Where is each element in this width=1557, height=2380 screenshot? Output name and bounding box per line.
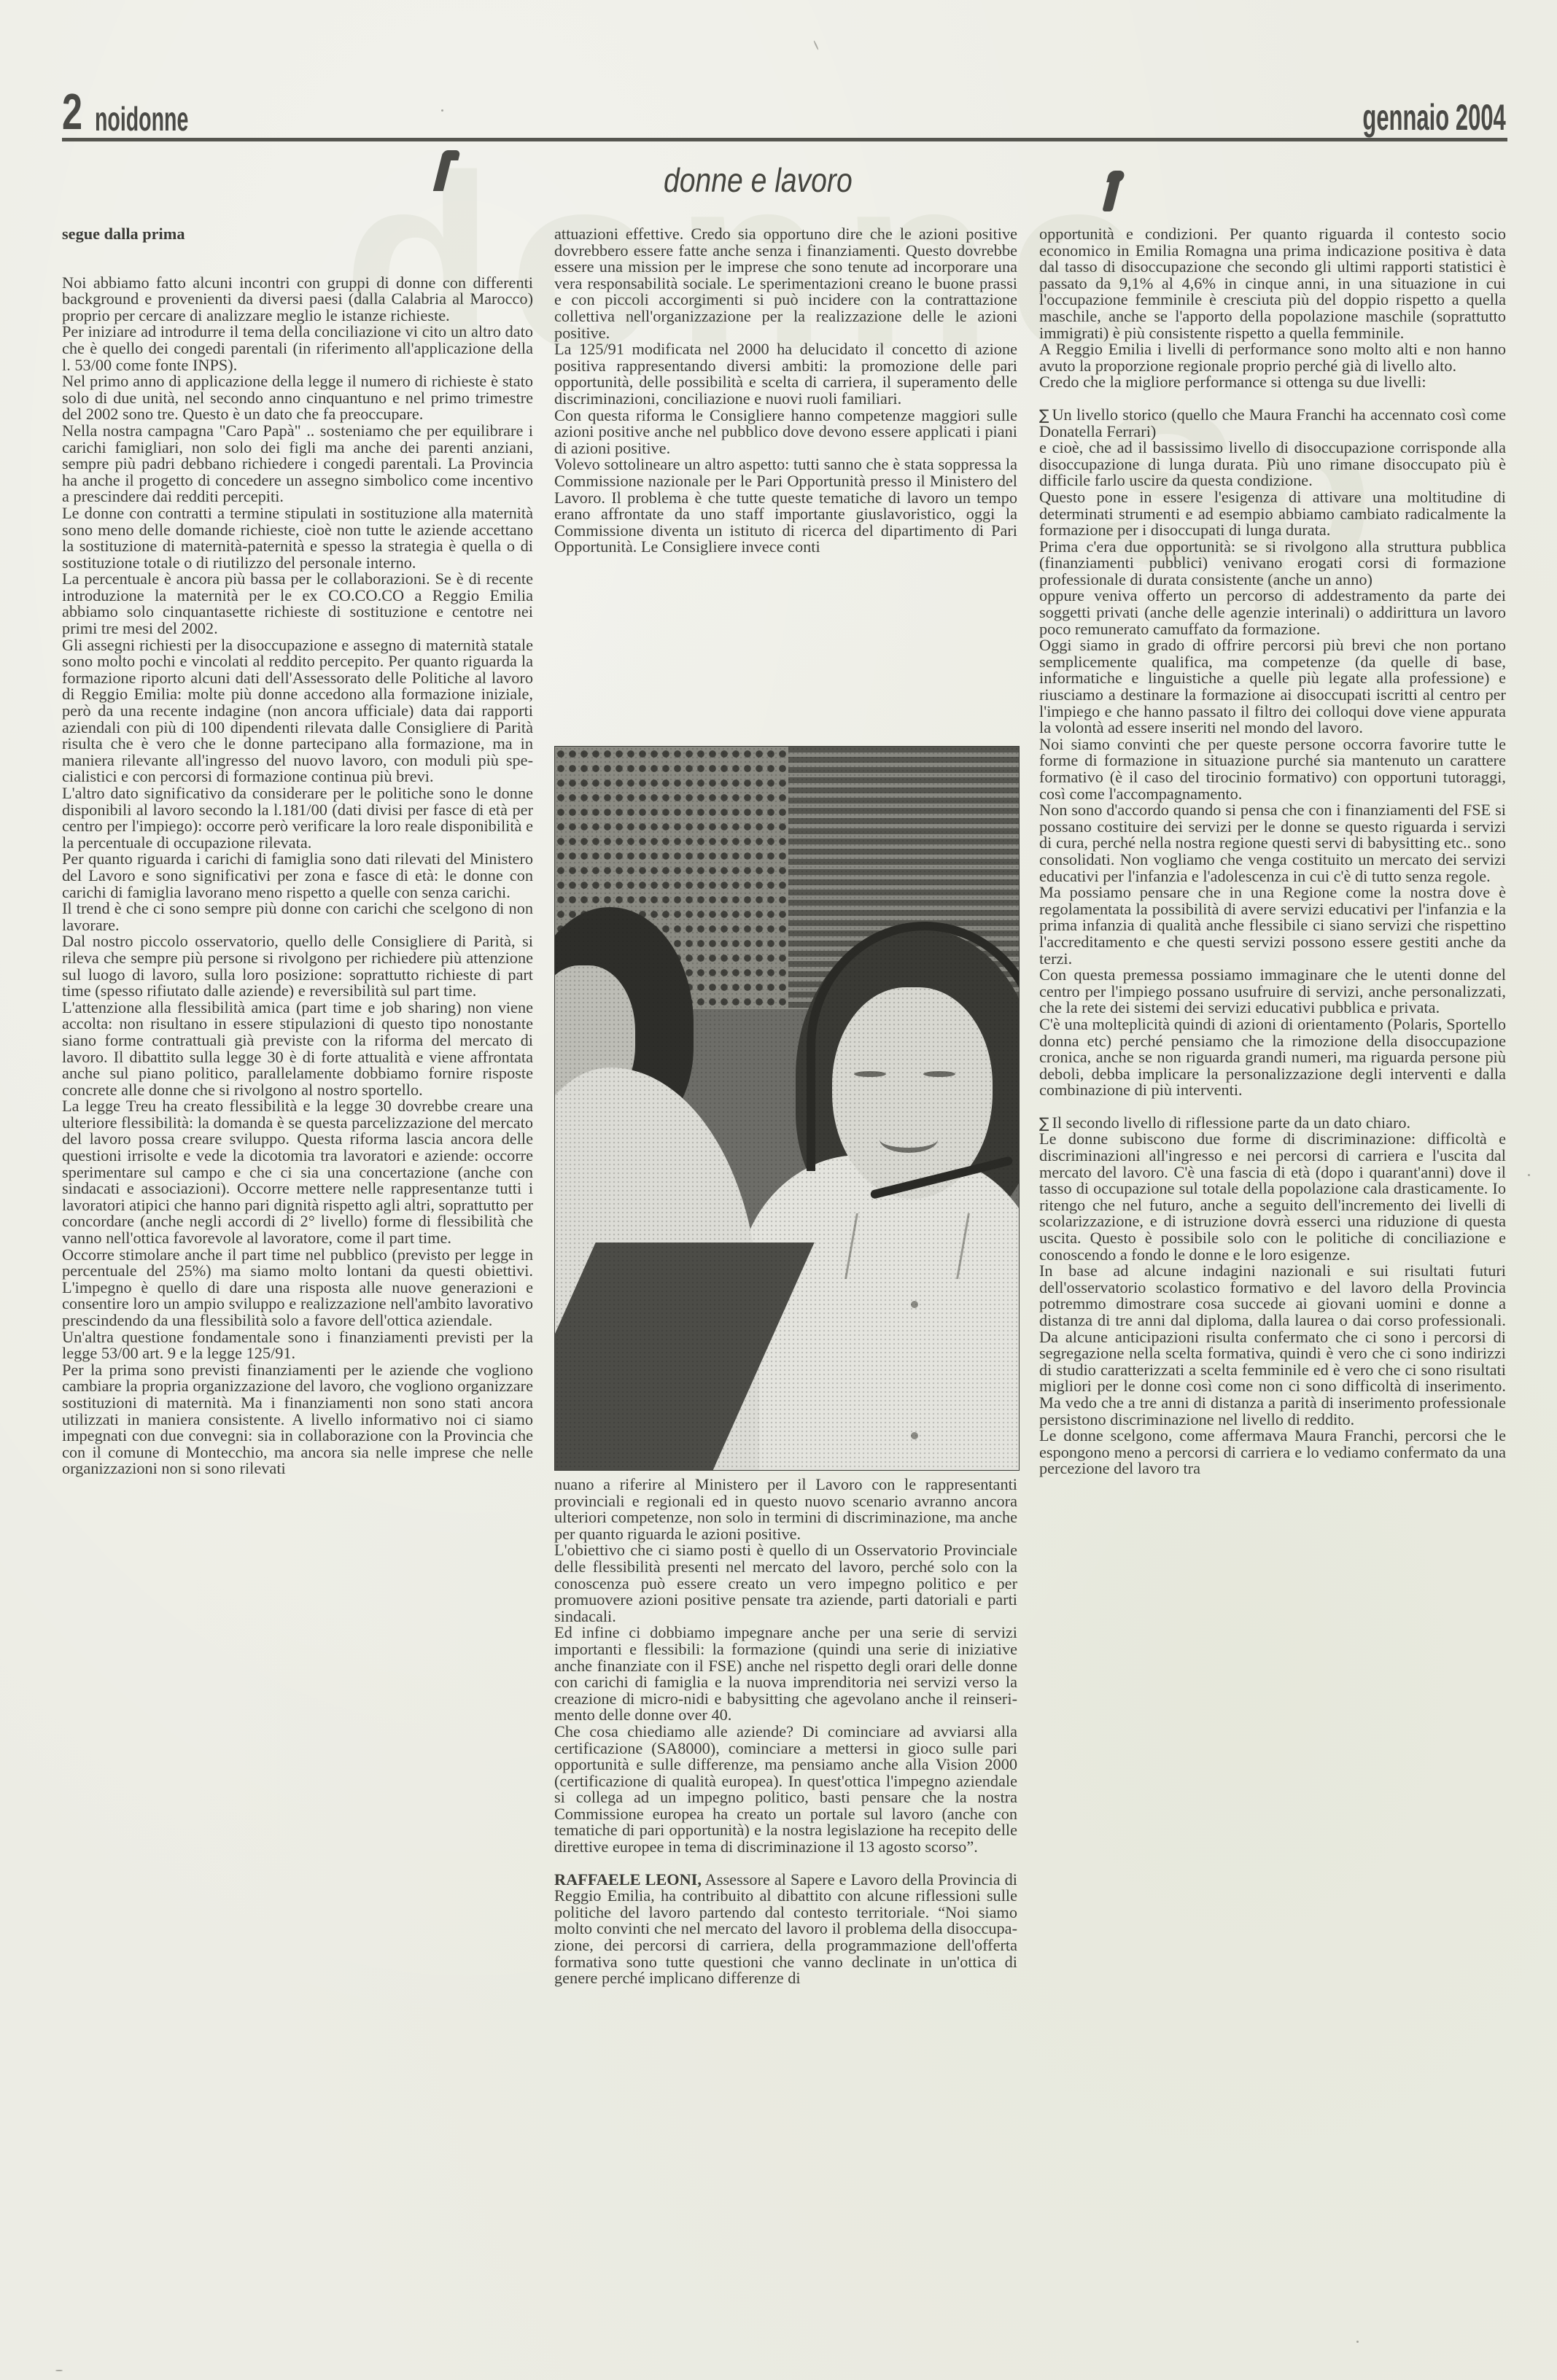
photo-halftone-overlay: [555, 747, 1019, 1470]
paragraph: Nella nostra campagna "Caro Papà" .. sos…: [62, 423, 533, 505]
paragraph: Nel primo anno di applicazione della leg…: [62, 373, 533, 423]
paragraph: Per la prima sono previsti finanziamenti…: [62, 1362, 533, 1477]
byline-text: Assessore al Sapere e Lavoro della Provi…: [554, 1870, 1017, 1988]
paragraph: Con questa riforma le Consigliere hanno …: [554, 408, 1017, 457]
paragraph: L'obiettivo che ci siamo posti è quello …: [554, 1542, 1017, 1625]
paragraph: L'altro dato significativo da considerar…: [62, 785, 533, 851]
paragraph: Oggi siamo in grado di offrire percorsi …: [1039, 637, 1506, 736]
close-quote-icon: [1102, 178, 1120, 211]
paragraph: Le donne con contratti a termine stipula…: [62, 505, 533, 571]
paragraph: Le donne subiscono due forme di discrimi…: [1039, 1131, 1506, 1263]
paragraph: La 125/91 modificata nel 2000 ha delucid…: [554, 341, 1017, 407]
article-column-3: opportunità e condizioni. Per quanto rig…: [1039, 226, 1506, 1477]
byline-name: RAFFAELE LEONI,: [554, 1870, 702, 1889]
paragraph: Che cosa chiediamo alle aziende? Di comi…: [554, 1724, 1017, 1856]
paragraph: Ma possiamo pensare che in una Regione c…: [1039, 884, 1506, 967]
paragraph: Noi siamo convinti che per queste person…: [1039, 736, 1506, 802]
scan-speck: [1356, 2341, 1359, 2343]
paragraph: Noi abbiamo fatto alcuni incontri con gr…: [62, 275, 533, 324]
section-header: donne e lavoro: [438, 153, 1167, 226]
paragraph: In base ad alcune indagini nazionali e s…: [1039, 1263, 1506, 1428]
paragraph: Per iniziare ad introdurre il tema della…: [62, 324, 533, 373]
spacer: [1039, 391, 1506, 407]
sigma-bullet-icon: ∑: [1039, 1114, 1049, 1132]
paragraph: Gli assegni richiesti per la disoccupazi…: [62, 637, 533, 785]
paragraph: C'è una molteplicità quindi di azioni di…: [1039, 1016, 1506, 1099]
paragraph: Un'altra questione fondamentale sono i f…: [62, 1329, 533, 1362]
paragraph: A Reggio Emilia i livelli di performance…: [1039, 341, 1506, 374]
paragraph: La percentuale è ancora più bassa per le…: [62, 571, 533, 637]
paragraph: Volevo sottolineare un altro aspetto: tu…: [554, 456, 1017, 556]
scan-speck: [441, 109, 443, 112]
paragraph: Per quanto riguarda i carichi di famigli…: [62, 851, 533, 901]
bullet-item: ∑Un livello storico (quello che Maura Fr…: [1039, 407, 1506, 440]
bullet-text: Un livello storico (quello che Maura Fra…: [1039, 405, 1506, 440]
paragraph: oppure veniva offerto un percorso di add…: [1039, 588, 1506, 637]
spacer: [1039, 1099, 1506, 1115]
paragraph: opportunità e condizioni. Per quanto rig…: [1039, 226, 1506, 341]
spacer: [554, 1856, 1017, 1872]
paragraph: Questo pone in essere l'esigenza di atti…: [1039, 489, 1506, 539]
paragraph: La legge Treu ha creato flessibilità e l…: [62, 1098, 533, 1246]
scan-speck: [55, 2370, 63, 2371]
paragraph: L'attenzione alla flessibilità amica (pa…: [62, 1000, 533, 1099]
newspaper-page: donne Sp 2 noidonne gennaio 2004 donne e…: [0, 0, 1557, 2380]
article-column-1: segue dalla prima Noi abbiamo fatto alcu…: [62, 226, 533, 1477]
paragraph: e cioè, che ad il bassissimo livello di …: [1039, 440, 1506, 489]
article-column-2-bottom: nuano a riferire al Ministero per il Lav…: [554, 1477, 1017, 1987]
paragraph: Occorre stimolare anche il part time nel…: [62, 1247, 533, 1329]
byline-paragraph: RAFFAELE LEONI, Assessore al Sapere e La…: [554, 1872, 1017, 1987]
paragraph: Non sono d'accordo quando si pensa che c…: [1039, 802, 1506, 884]
paragraph: Il trend è che ci sono sempre più donne …: [62, 901, 533, 933]
paragraph: Prima c'era due opportunità: se si rivol…: [1039, 539, 1506, 588]
paragraph: Le donne scelgono, come affermava Maura …: [1039, 1428, 1506, 1477]
scan-speck: [1528, 1174, 1530, 1176]
page-number: 2: [62, 86, 82, 137]
kicker: segue dalla prima: [62, 226, 533, 243]
photo-call-center-women: [554, 746, 1020, 1471]
open-quote-icon: [433, 155, 452, 191]
masthead-rule: [62, 138, 1507, 141]
paragraph: Dal nostro piccolo osservatorio, quello …: [62, 933, 533, 999]
sigma-bullet-icon: ∑: [1039, 406, 1049, 424]
paragraph: Credo che la migliore performance si ott…: [1039, 374, 1506, 391]
masthead: 2 noidonne gennaio 2004: [62, 86, 1506, 144]
publication-name: noidonne: [95, 101, 188, 137]
issue-date: gennaio 2004: [1363, 98, 1506, 137]
scan-speck: [813, 40, 819, 50]
article-column-2-top: attuazioni effettive. Credo sia opportun…: [554, 226, 1017, 556]
paragraph: Con questa premessa possiamo immaginare …: [1039, 967, 1506, 1016]
bullet-text: Il secondo livello di riflessione parte …: [1052, 1113, 1410, 1132]
paragraph: attuazioni effettive. Credo sia opportun…: [554, 226, 1017, 341]
paragraph: Ed infine ci dobbiamo impegnare anche pe…: [554, 1625, 1017, 1724]
bullet-item: ∑Il secondo livello di riflessione parte…: [1039, 1115, 1506, 1132]
section-title: donne e lavoro: [664, 162, 853, 198]
paragraph: nuano a riferire al Ministero per il Lav…: [554, 1477, 1017, 1542]
